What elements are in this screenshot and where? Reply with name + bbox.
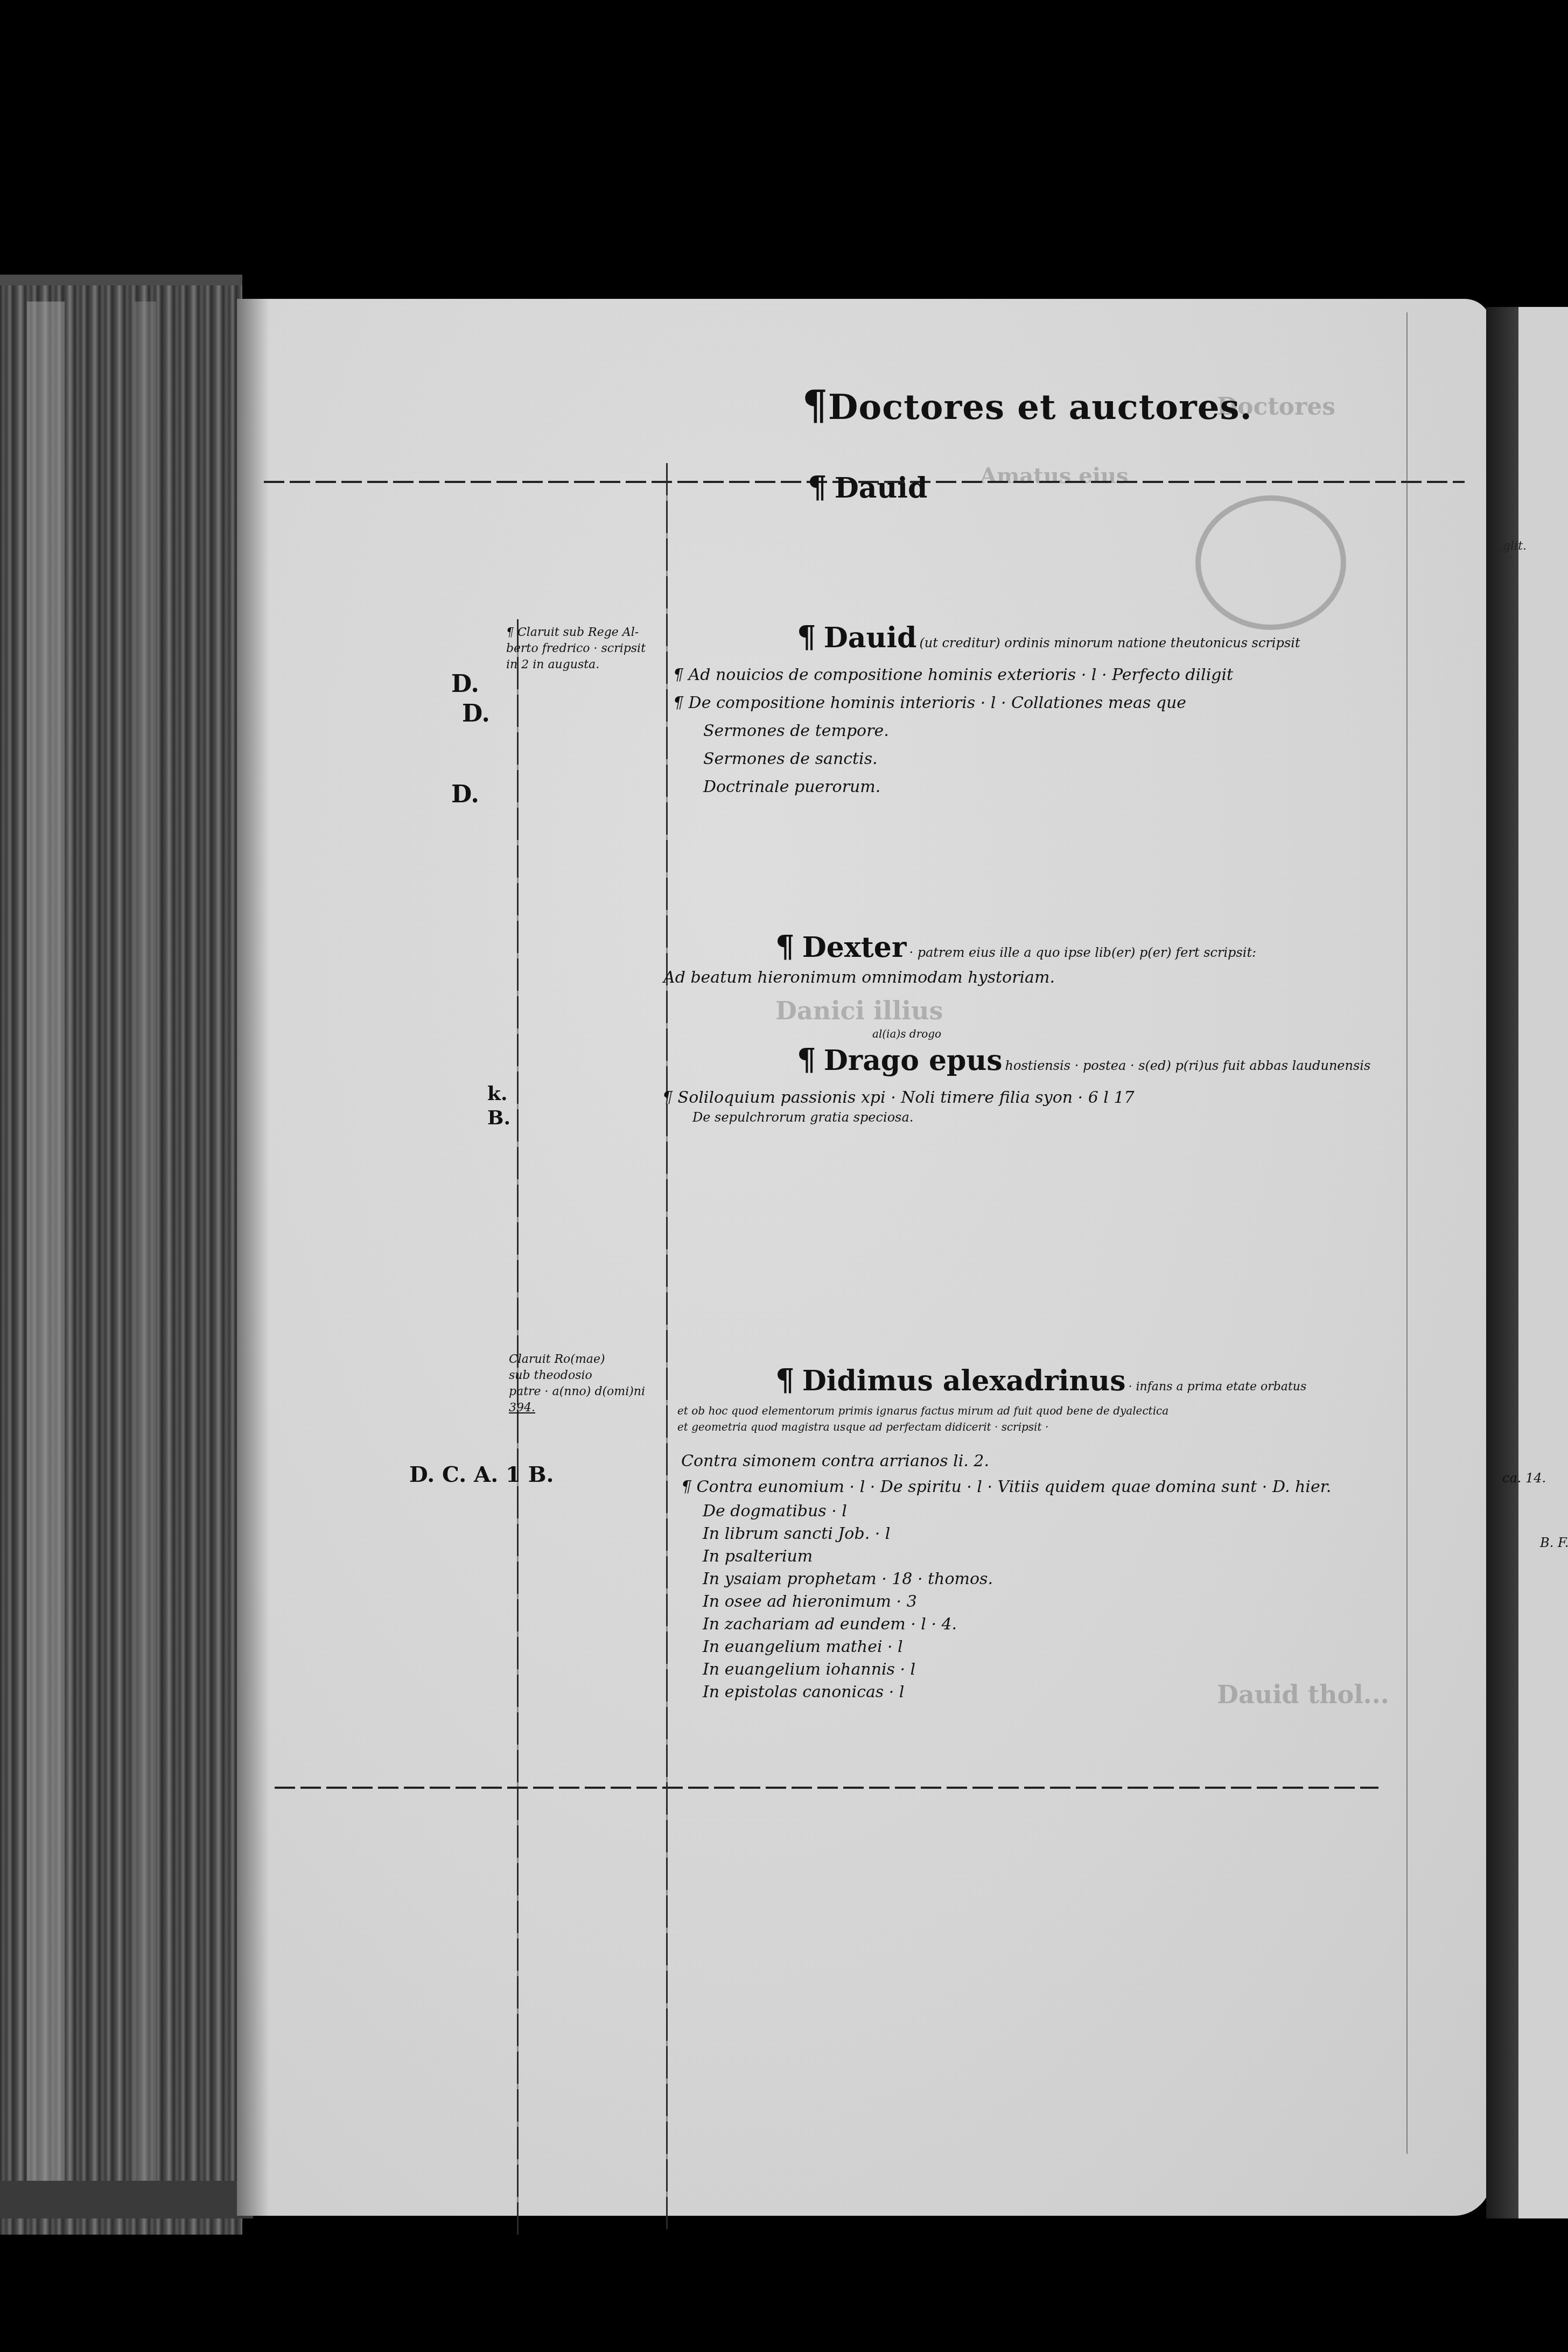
page-edge-highlight <box>27 302 65 2186</box>
entry-heading-dauid: ¶Dauid (ut creditur) ordinis minorum nat… <box>797 619 1300 655</box>
margin-ruling-right <box>1406 312 1408 2154</box>
note-line: et geometria quod magistra usque ad perf… <box>677 1419 1168 1435</box>
header-title: Doctores et auctores. <box>828 387 1252 428</box>
margin-mark: k. <box>487 1082 507 1105</box>
list-item: In zachariam ad eundem · l · 4. <box>681 1613 1331 1636</box>
list-item: Sermones de tempore. <box>673 717 1233 745</box>
entry-lines-drago: ¶ Soliloquium passionis xpi · Noli timer… <box>662 1087 1135 1125</box>
entry-note: · infans a prima etate orbatus <box>1129 1380 1307 1394</box>
bleed-through-line: Danici illius <box>775 996 943 1025</box>
entry-name: Didimus alexadrinus <box>802 1364 1126 1397</box>
list-item: Ad beatum hieronimum omnimodam hystoriam… <box>663 967 1055 989</box>
facing-page-sliver <box>1518 307 1568 2218</box>
list-item: In psalterium <box>681 1545 1331 1568</box>
entry-note-continued: et ob hoc quod elementorum primis ignaru… <box>677 1403 1168 1435</box>
entry-lines-didimus: Contra simonem contra arrianos li. 2. ¶ … <box>681 1448 1331 1704</box>
entry-superscript: al(ia)s drogo <box>872 1026 941 1042</box>
margin-mark: D. <box>462 700 490 727</box>
side-note-line: Claruit Ro(mae) <box>509 1352 645 1368</box>
list-item: In librum sancti Job. · l <box>681 1523 1331 1545</box>
side-note-dauid: ¶ Claruit sub Rege Al- berto fredrico · … <box>506 625 646 673</box>
entry-heading-dexter: ¶Dexter · patrem eius ille a quo ipse li… <box>775 929 1256 964</box>
bottom-ruling-line <box>275 1787 1378 1789</box>
section-heading: ¶Dauid <box>808 470 927 505</box>
list-item: Contra simonem contra arrianos li. 2. <box>681 1448 1331 1474</box>
entry-note: (ut creditur) ordinis minorum natione th… <box>919 635 1300 650</box>
side-note-line: ¶ Claruit sub Rege Al- <box>506 625 646 641</box>
list-item: ¶ Soliloquium passionis xpi · Noli timer… <box>662 1087 1135 1109</box>
note-line: et ob hoc quod elementorum primis ignaru… <box>677 1403 1168 1419</box>
entry-heading-didimus: ¶Didimus alexadrinus · infans a prima et… <box>775 1362 1306 1398</box>
entry-name: Dexter <box>802 931 907 964</box>
entry-name: Drago epus <box>824 1044 1003 1077</box>
bleed-through-line: Amatus eius <box>980 463 1129 488</box>
circular-stain <box>1195 495 1346 630</box>
list-item: In euangelium mathei · l <box>681 1636 1331 1658</box>
list-item: De sepulchrorum gratia speciosa. <box>662 1109 1135 1125</box>
section-heading-name: Dauid <box>835 472 928 505</box>
list-item: De dogmatibus · l <box>681 1500 1331 1523</box>
right-margin-note: ...glit. <box>1492 538 1527 555</box>
entry-lines-dexter: Ad beatum hieronimum omnimodam hystoriam… <box>663 967 1055 989</box>
list-item: ¶ De compositione hominis interioris · l… <box>673 689 1233 717</box>
entry-lines-dauid: ¶ Ad nouicios de compositione hominis ex… <box>673 661 1233 801</box>
page-gutter <box>1486 307 1518 2218</box>
pilcrow-icon: ¶ <box>775 1362 795 1398</box>
margin-mark: D. <box>451 670 479 698</box>
right-margin-note: B. F. <box>1540 1535 1568 1551</box>
side-note-didimus: Claruit Ro(mae) sub theodosio patre · a(… <box>509 1352 645 1416</box>
book-bottom-edge <box>0 2181 253 2218</box>
pilcrow-icon: ¶ <box>797 1042 816 1077</box>
pilcrow-icon: ¶ <box>802 382 828 429</box>
entry-name: Dauid <box>824 621 917 654</box>
side-note-line: berto fredrico · scripsit <box>506 641 646 657</box>
list-item: ¶ Contra eunomium · l · De spiritu · l ·… <box>681 1474 1331 1500</box>
side-note-line: sub theodosio <box>509 1368 645 1384</box>
entry-note: hostiensis · postea · s(ed) p(ri)us fuit… <box>1005 1058 1371 1073</box>
page-header: ¶Doctores et auctores. <box>802 382 1252 429</box>
list-item: In ysaiam prophetam · 18 · thomos. <box>681 1568 1331 1591</box>
margin-mark: B. <box>487 1107 510 1129</box>
entry-note: · patrem eius ille a quo ipse lib(er) p(… <box>909 945 1256 960</box>
side-note-line: 394. <box>509 1400 645 1416</box>
list-item: In osee ad hieronimum · 3 <box>681 1591 1331 1613</box>
entry-heading-drago: ¶Drago epus hostiensis · postea · s(ed) … <box>797 1042 1370 1077</box>
margin-ruling-left <box>517 619 519 2235</box>
right-margin-note: ca. 14. <box>1502 1470 1546 1486</box>
list-item: ¶ Ad nouicios de compositione hominis ex… <box>673 661 1233 689</box>
side-note-line: in 2 in augusta. <box>506 657 646 673</box>
margin-mark: D. C. A. 1 B. <box>409 1462 554 1487</box>
list-item: Doctrinale puerorum. <box>673 773 1233 801</box>
binding-shadow <box>237 299 269 2216</box>
pilcrow-icon: ¶ <box>797 619 816 655</box>
list-item: In epistolas canonicas · l <box>681 1681 1331 1704</box>
pilcrow-icon: ¶ <box>775 929 795 964</box>
side-note-line: patre · a(nno) d(omi)ni <box>509 1384 645 1400</box>
page-edge-highlight <box>135 302 156 2186</box>
margin-mark: D. <box>451 781 479 808</box>
list-item: Sermones de sanctis. <box>673 745 1233 773</box>
pilcrow-icon: ¶ <box>808 470 827 505</box>
list-item: In euangelium iohannis · l <box>681 1658 1331 1681</box>
margin-ruling-text <box>666 463 668 2235</box>
